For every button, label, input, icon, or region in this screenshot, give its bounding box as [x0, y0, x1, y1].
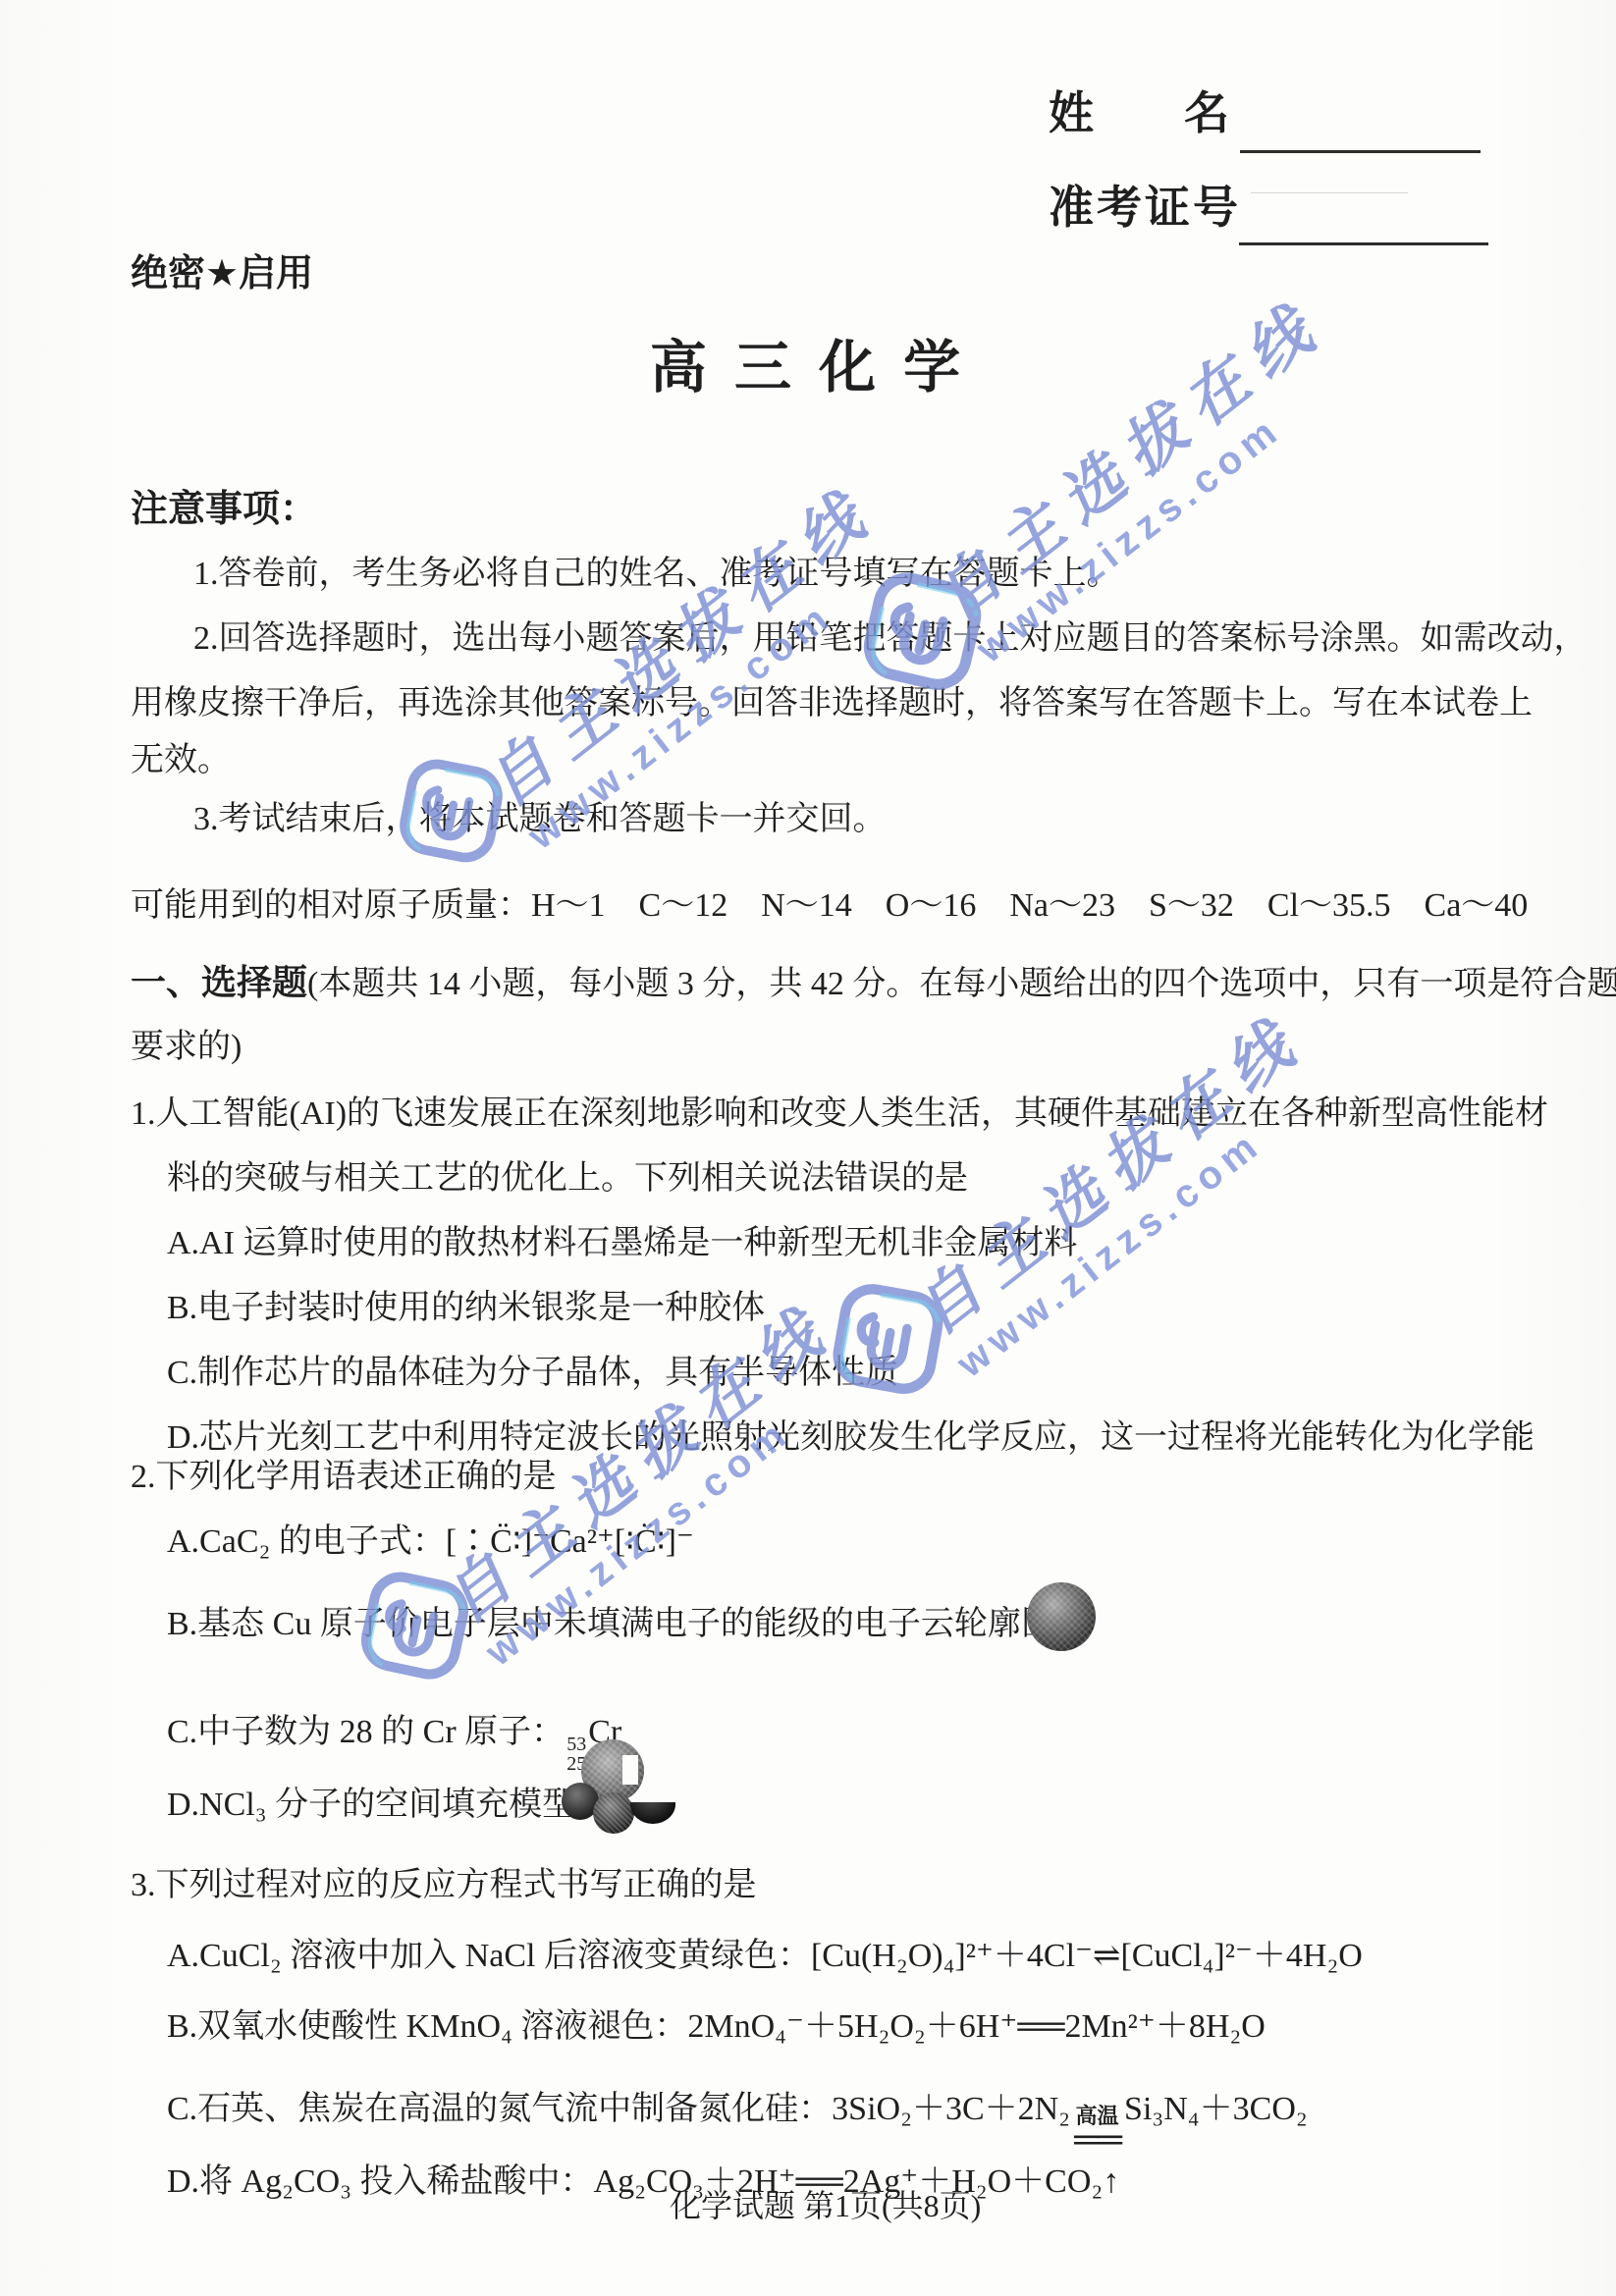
q1-option-c: C.制作芯片的晶体硅为分子晶体，具有半导体性质: [167, 1351, 898, 1396]
section-1-heading-line2: 要求的): [131, 1025, 242, 1070]
name-label-char: 姓: [1049, 84, 1094, 143]
page-footer: 化学试题 第1页(共8页): [670, 2183, 981, 2228]
q2-option-a: A.CaC₂ 的电子式：[∶C̈∶]⁻Ca²⁺[∶C̈∶]⁻: [167, 1520, 694, 1565]
exam-id-row: 准考证号: [1049, 179, 1241, 238]
q3-option-c-text: C.石英、焦炭在高温的氮气流中制备氮化硅：3SiO₂＋3C＋2N₂: [167, 2091, 1070, 2127]
section-1-heading: 一、选择题(本题共 14 小题，每小题 3 分，共 42 分。在每小题给出的四个…: [131, 960, 1616, 1007]
secrecy-marking: 绝密★启用: [131, 251, 313, 296]
name-label-char: 名: [1184, 84, 1229, 143]
q2-option-d: D.NCl₃ 分子的空间填充模型：: [167, 1783, 609, 1828]
section-1-heading-bold: 一、选择题: [131, 962, 307, 1002]
q2-option-c-text: C.中子数为 28 的 Cr 原子：: [167, 1714, 565, 1750]
reaction-condition-arrow: 高温══: [1074, 2105, 1120, 2150]
exam-paper-page: 自主选拔在线 www.zizzs.com 自主选拔在线 www.zizzs.co…: [0, 0, 1616, 2296]
notice-item-2-line3: 无效。: [131, 738, 231, 783]
q1-option-a: A.AI 运算时使用的散热材料石墨烯是一种新型无机非金属材料: [167, 1221, 1077, 1266]
atomic-mass-note: 可能用到的相对原子质量：H～1 C～12 N～14 O～16 Na～23 S～3…: [131, 883, 1528, 929]
q2-stem: 2.下列化学用语表述正确的是: [131, 1455, 557, 1500]
name-field-row: 姓 名: [1049, 84, 1229, 143]
electron-cloud-sphere-image: [1027, 1582, 1096, 1651]
name-blank-line: [1240, 150, 1481, 153]
q3-option-b: B.双氧水使酸性 KMnO₄ 溶液褪色：2MnO₄⁻＋5H₂O₂＋6H⁺══2M…: [167, 2004, 1266, 2050]
notice-heading: 注意事项：: [131, 487, 317, 532]
model-scan-notch: [622, 1755, 638, 1785]
q1-stem-line2: 料的突破与相关工艺的优化上。下列相关说法错误的是: [167, 1156, 968, 1201]
q1-stem-line1: 1.人工智能(AI)的飞速发展正在深刻地影响和改变人类生活，其硬件基础建立在各种…: [131, 1092, 1548, 1137]
notice-item-2-line2: 用橡皮擦干净后，再选涂其他答案标号。回答非选择题时，将答案写在答题卡上。写在本试…: [131, 681, 1533, 726]
notice-item-3: 3.考试结束后，将本试题卷和答题卡一并交回。: [193, 797, 887, 842]
q3-option-c: C.石英、焦炭在高温的氮气流中制备氮化硅：3SiO₂＋3C＋2N₂高温══Si₃…: [167, 2087, 1308, 2150]
label-spacer: [1094, 84, 1184, 143]
ncl3-space-filling-model-image: [562, 1739, 699, 1852]
exam-id-blank-line: [1239, 242, 1488, 245]
exam-id-label: 准考证号: [1049, 183, 1241, 233]
scan-artifact-line: [1251, 192, 1408, 193]
q1-option-b: B.电子封装时使用的纳米银浆是一种胶体: [167, 1286, 765, 1331]
model-cl-atom: [593, 1792, 634, 1834]
q3-stem: 3.下列过程对应的反应方程式书写正确的是: [131, 1863, 757, 1908]
q3-option-c-products: Si₃N₄＋3CO₂: [1124, 2091, 1308, 2127]
section-1-heading-rest: (本题共 14 小题，每小题 3 分，共 42 分。在每小题给出的四个选项中，只…: [307, 966, 1616, 1002]
page-title: 高 三 化 学: [650, 346, 966, 391]
q2-option-b: B.基态 Cu 原子价电子层中未填满电子的能级的电子云轮廓图：: [167, 1602, 1088, 1647]
q2-option-c: C.中子数为 28 的 Cr 原子：5325Cr: [167, 1710, 621, 1774]
notice-item-2-line1: 2.回答选择题时，选出每小题答案后，用铅笔把答题卡上对应题目的答案标号涂黑。如需…: [193, 616, 1588, 662]
q3-option-a: A.CuCl₂ 溶液中加入 NaCl 后溶液变黄绿色：[Cu(H₂O)₄]²⁺＋…: [167, 1934, 1363, 1979]
notice-item-1: 1.答卷前，考生务必将自己的姓名、准考证号填写在答题卡上。: [193, 552, 1120, 597]
double-bond-sign: ══: [1074, 2128, 1120, 2150]
